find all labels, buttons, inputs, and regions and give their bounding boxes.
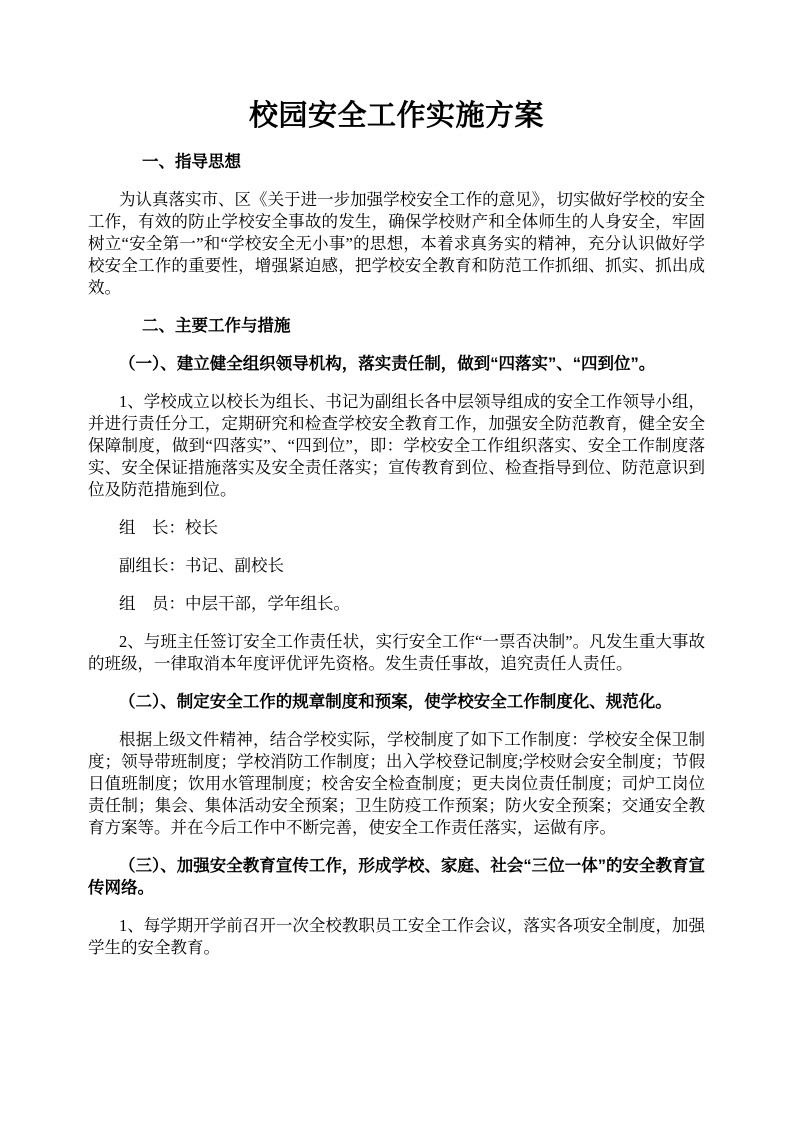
document-page: 校园安全工作实施方案 一、指导思想为认真落实市、区《关于进一步加强学校安全工作的… xyxy=(0,0,793,1122)
section-heading: 二、主要工作与措施 xyxy=(88,315,705,337)
role-line: 组 员：中层干部，学年组长。 xyxy=(88,593,705,615)
document-title: 校园安全工作实施方案 xyxy=(88,97,705,136)
sub-section-heading: （二）、制定安全工作的规章制度和预案，使学校安全工作制度化、规范化。 xyxy=(88,691,705,713)
document-body: 一、指导思想为认真落实市、区《关于进一步加强学校安全工作的意见》，切实做好学校的… xyxy=(88,151,705,959)
paragraph: 2、与班主任签订安全工作责任状，实行安全工作“一票否决制”。凡发生重大事故的班级… xyxy=(88,631,705,675)
sub-section-heading: （一）、建立健全组织领导机构，落实责任制，做到“四落实”、“四到位”。 xyxy=(88,353,705,375)
paragraph: 1、学校成立以校长为组长、书记为副组长各中层领导组成的安全工作领导小组，并进行责… xyxy=(88,391,705,501)
role-line: 组 长：校长 xyxy=(88,517,705,539)
paragraph: 根据上级文件精神，结合学校实际，学校制度了如下工作制度：学校安全保卫制度；领导带… xyxy=(88,729,705,839)
section-heading: 一、指导思想 xyxy=(88,151,705,173)
paragraph: 1、每学期开学前召开一次全校教职员工安全工作会议，落实各项安全制度，加强学生的安… xyxy=(88,915,705,959)
paragraph: 为认真落实市、区《关于进一步加强学校安全工作的意见》，切实做好学校的安全工作，有… xyxy=(88,189,705,299)
sub-section-heading: （三）、加强安全教育宣传工作，形成学校、家庭、社会“三位一体”的安全教育宣传网络… xyxy=(88,855,705,899)
role-line: 副组长：书记、副校长 xyxy=(88,555,705,577)
